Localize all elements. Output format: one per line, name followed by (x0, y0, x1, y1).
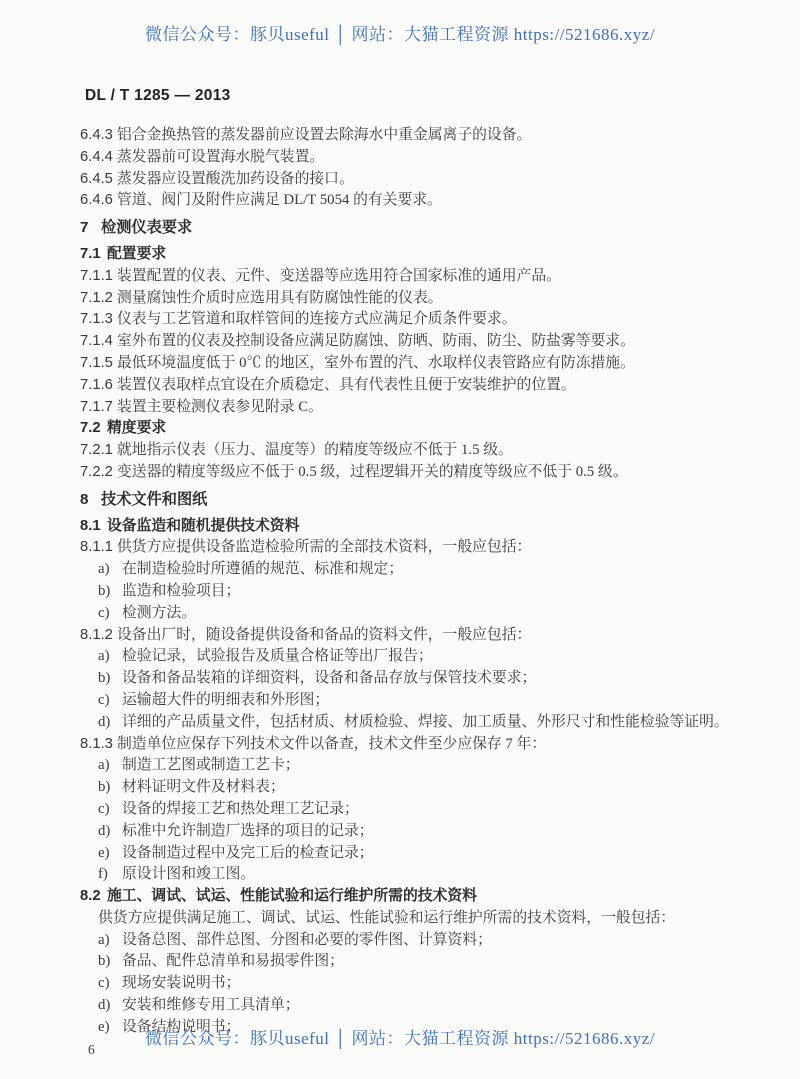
list-item: a)检验记录，试验报告及质量合格证等出厂报告； (0, 646, 800, 668)
clause-line: 7.1.2测量腐蚀性介质时应选用具有防腐蚀性能的仪表。 (0, 288, 800, 310)
clause-number: 7 (80, 217, 101, 239)
page-number: 6 (88, 1042, 95, 1058)
body-text: 设备出厂时，随设备提供设备和备品的资料文件，一般应包括： (117, 627, 531, 643)
section-heading: 8技术文件和图纸 (0, 489, 800, 511)
body-text: 运输超大件的明细表和外形图； (122, 692, 329, 708)
doc-code: DL / T 1285 — 2013 (85, 87, 231, 105)
clause-number: 8 (80, 489, 101, 511)
clause-number: 7.1.3 (80, 309, 117, 331)
subsection-heading: 7.1配置要求 (0, 244, 800, 266)
subsection-heading: 8.1设备监造和随机提供技术资料 (0, 516, 800, 538)
heading-text: 精度要求 (107, 420, 166, 436)
clause-number: 7.1.6 (80, 375, 117, 397)
body-text: 设备和备品装箱的详细资料，设备和备品存放与保管技术要求； (122, 670, 536, 686)
clause-number: 6.4.4 (80, 147, 117, 169)
list-item: a)制造工艺图或制造工艺卡； (0, 755, 800, 777)
list-item: d)详细的产品质量文件，包括材质、材质检验、焊接、加工质量、外形尺寸和性能检验等… (0, 712, 800, 734)
clause-line: 7.1.4室外布置的仪表及控制设备应满足防腐蚀、防晒、防雨、防尘、防盐雾等要求。 (0, 331, 800, 353)
body-text: 监造和检验项目； (122, 583, 240, 599)
body-text: 装置配置的仪表、元件、变送器等应选用符合国家标准的通用产品。 (117, 268, 561, 284)
body-text: 蒸发器应设置酸洗加药设备的接口。 (117, 171, 354, 187)
list-item: c)检测方法。 (0, 603, 800, 625)
clause-line: 7.1.3仪表与工艺管道和取样管间的连接方式应满足介质条件要求。 (0, 309, 800, 331)
clause-number: 7.1.7 (80, 397, 117, 419)
paragraph: 供货方应提供满足施工、调试、试运、性能试验和运行维护所需的技术资料，一般包括： (0, 908, 800, 930)
list-item: b)设备和备品装箱的详细资料，设备和备品存放与保管技术要求； (0, 668, 800, 690)
item-label: f) (98, 864, 122, 886)
clause-number: 6.4.6 (80, 190, 117, 212)
list-item: c)运输超大件的明细表和外形图； (0, 690, 800, 712)
body-text: 设备总图、部件总图、分图和必要的零件图、计算资料； (122, 932, 492, 948)
body-text: 设备的焊接工艺和热处理工艺记录； (122, 801, 359, 817)
watermark-bottom: 微信公众号：豚贝useful │ 网站：大猫工程资源 https://52168… (0, 1024, 800, 1049)
item-label: c) (98, 799, 122, 821)
body-text: 供货方应提供满足施工、调试、试运、性能试验和运行维护所需的技术资料，一般包括： (98, 910, 675, 926)
clause-number: 6.4.3 (80, 125, 117, 147)
item-label: e) (98, 843, 122, 865)
list-item: a)设备总图、部件总图、分图和必要的零件图、计算资料； (0, 930, 800, 952)
body-text: 详细的产品质量文件，包括材质、材质检验、焊接、加工质量、外形尺寸和性能检验等证明… (122, 714, 729, 730)
clause-line: 7.2.2变送器的精度等级应不低于 0.5 级，过程逻辑开关的精度等级应不低于 … (0, 462, 800, 484)
body-text: 材料证明文件及材料表； (122, 779, 285, 795)
clause-line: 7.1.7装置主要检测仪表参见附录 C。 (0, 397, 800, 419)
item-label: b) (98, 777, 122, 799)
list-item: f)原设计图和竣工图。 (0, 864, 800, 886)
section-heading: 7检测仪表要求 (0, 217, 800, 239)
document-body: 6.4.3铝合金换热管的蒸发器前应设置去除海水中重金属离子的设备。6.4.4蒸发… (0, 125, 800, 1039)
clause-number: 6.4.5 (80, 169, 117, 191)
body-text: 检测方法。 (122, 605, 196, 621)
list-item: b)备品、配件总清单和易损零件图； (0, 951, 800, 973)
item-label: d) (98, 821, 122, 843)
body-text: 设备制造过程中及完工后的检查记录； (122, 845, 374, 861)
item-label: a) (98, 559, 122, 581)
item-label: c) (98, 690, 122, 712)
item-label: d) (98, 712, 122, 734)
subsection-heading: 7.2精度要求 (0, 418, 800, 440)
clause-number: 8.1 (80, 516, 107, 538)
clause-number: 7.1.4 (80, 331, 117, 353)
clause-number: 7.2.1 (80, 440, 117, 462)
clause-number: 8.1.2 (80, 625, 117, 647)
body-text: 供货方应提供设备监造检验所需的全部技术资料，一般应包括： (117, 539, 531, 555)
clause-line: 8.1.2设备出厂时，随设备提供设备和备品的资料文件，一般应包括： (0, 625, 800, 647)
heading-text: 配置要求 (107, 246, 166, 262)
clause-line: 8.1.1供货方应提供设备监造检验所需的全部技术资料，一般应包括： (0, 537, 800, 559)
clause-line: 7.2.1就地指示仪表（压力、温度等）的精度等级应不低于 1.5 级。 (0, 440, 800, 462)
body-text: 蒸发器前可设置海水脱气装置。 (117, 149, 324, 165)
body-text: 安装和维修专用工具清单； (122, 997, 300, 1013)
clause-number: 8.2 (80, 886, 107, 908)
body-text: 装置主要检测仪表参见附录 C。 (117, 399, 323, 415)
clause-number: 7.1.5 (80, 353, 117, 375)
list-item: a)在制造检验时所遵循的规范、标准和规定； (0, 559, 800, 581)
heading-text: 技术文件和图纸 (101, 491, 207, 508)
watermark-top: 微信公众号：豚贝useful │ 网站：大猫工程资源 https://52168… (0, 20, 800, 45)
body-text: 仪表与工艺管道和取样管间的连接方式应满足介质条件要求。 (117, 311, 517, 327)
body-text: 就地指示仪表（压力、温度等）的精度等级应不低于 1.5 级。 (117, 442, 513, 458)
body-text: 检验记录，试验报告及质量合格证等出厂报告； (122, 648, 433, 664)
body-text: 备品、配件总清单和易损零件图； (122, 953, 344, 969)
heading-text: 施工、调试、试运、性能试验和运行维护所需的技术资料 (107, 888, 477, 904)
item-label: d) (98, 995, 122, 1017)
clause-number: 7.1.2 (80, 288, 117, 310)
clause-line: 7.1.6装置仪表取样点宜设在介质稳定、具有代表性且便于安装维护的位置。 (0, 375, 800, 397)
body-text: 管道、阀门及附件应满足 DL/T 5054 的有关要求。 (117, 192, 442, 208)
list-item: b)监造和检验项目； (0, 581, 800, 603)
clause-number: 7.1.1 (80, 266, 117, 288)
body-text: 最低环境温度低于 0℃ 的地区，室外布置的汽、水取样仪表管路应有防冻措施。 (117, 355, 635, 371)
clause-line: 6.4.5蒸发器应设置酸洗加药设备的接口。 (0, 169, 800, 191)
item-label: b) (98, 951, 122, 973)
list-item: d)标准中允许制造厂选择的项目的记录； (0, 821, 800, 843)
item-label: a) (98, 755, 122, 777)
clause-number: 8.1.3 (80, 734, 117, 756)
item-label: b) (98, 668, 122, 690)
heading-text: 设备监造和随机提供技术资料 (107, 518, 299, 534)
clause-line: 7.1.1装置配置的仪表、元件、变送器等应选用符合国家标准的通用产品。 (0, 266, 800, 288)
item-label: b) (98, 581, 122, 603)
body-text: 制造工艺图或制造工艺卡； (122, 757, 300, 773)
body-text: 在制造检验时所遵循的规范、标准和规定； (122, 561, 403, 577)
body-text: 原设计图和竣工图。 (122, 866, 255, 882)
heading-text: 检测仪表要求 (101, 219, 192, 236)
item-label: a) (98, 930, 122, 952)
body-text: 制造单位应保存下列技术文件以备查，技术文件至少应保存 7 年： (117, 736, 546, 752)
item-label: a) (98, 646, 122, 668)
clause-line: 6.4.3铝合金换热管的蒸发器前应设置去除海水中重金属离子的设备。 (0, 125, 800, 147)
clause-line: 7.1.5最低环境温度低于 0℃ 的地区，室外布置的汽、水取样仪表管路应有防冻措… (0, 353, 800, 375)
item-label: c) (98, 603, 122, 625)
clause-number: 7.2.2 (80, 462, 117, 484)
list-item: c)设备的焊接工艺和热处理工艺记录； (0, 799, 800, 821)
body-text: 室外布置的仪表及控制设备应满足防腐蚀、防晒、防雨、防尘、防盐雾等要求。 (117, 333, 635, 349)
body-text: 装置仪表取样点宜设在介质稳定、具有代表性且便于安装维护的位置。 (117, 377, 576, 393)
list-item: b)材料证明文件及材料表； (0, 777, 800, 799)
subsection-heading: 8.2施工、调试、试运、性能试验和运行维护所需的技术资料 (0, 886, 800, 908)
body-text: 现场安装说明书； (122, 975, 240, 991)
scanned-document-page: { "page": { "background_color": "#fcfcfa… (0, 0, 800, 1079)
item-label: c) (98, 973, 122, 995)
list-item: c)现场安装说明书； (0, 973, 800, 995)
clause-line: 8.1.3制造单位应保存下列技术文件以备查，技术文件至少应保存 7 年： (0, 734, 800, 756)
body-text: 测量腐蚀性介质时应选用具有防腐蚀性能的仪表。 (117, 290, 443, 306)
list-item: d)安装和维修专用工具清单； (0, 995, 800, 1017)
clause-number: 7.2 (80, 418, 107, 440)
body-text: 变送器的精度等级应不低于 0.5 级，过程逻辑开关的精度等级应不低于 0.5 级… (117, 464, 628, 480)
clause-line: 6.4.6管道、阀门及附件应满足 DL/T 5054 的有关要求。 (0, 190, 800, 212)
clause-number: 8.1.1 (80, 537, 117, 559)
clause-line: 6.4.4蒸发器前可设置海水脱气装置。 (0, 147, 800, 169)
body-text: 铝合金换热管的蒸发器前应设置去除海水中重金属离子的设备。 (117, 127, 531, 143)
clause-number: 7.1 (80, 244, 107, 266)
list-item: e)设备制造过程中及完工后的检查记录； (0, 843, 800, 865)
body-text: 标准中允许制造厂选择的项目的记录； (122, 823, 374, 839)
